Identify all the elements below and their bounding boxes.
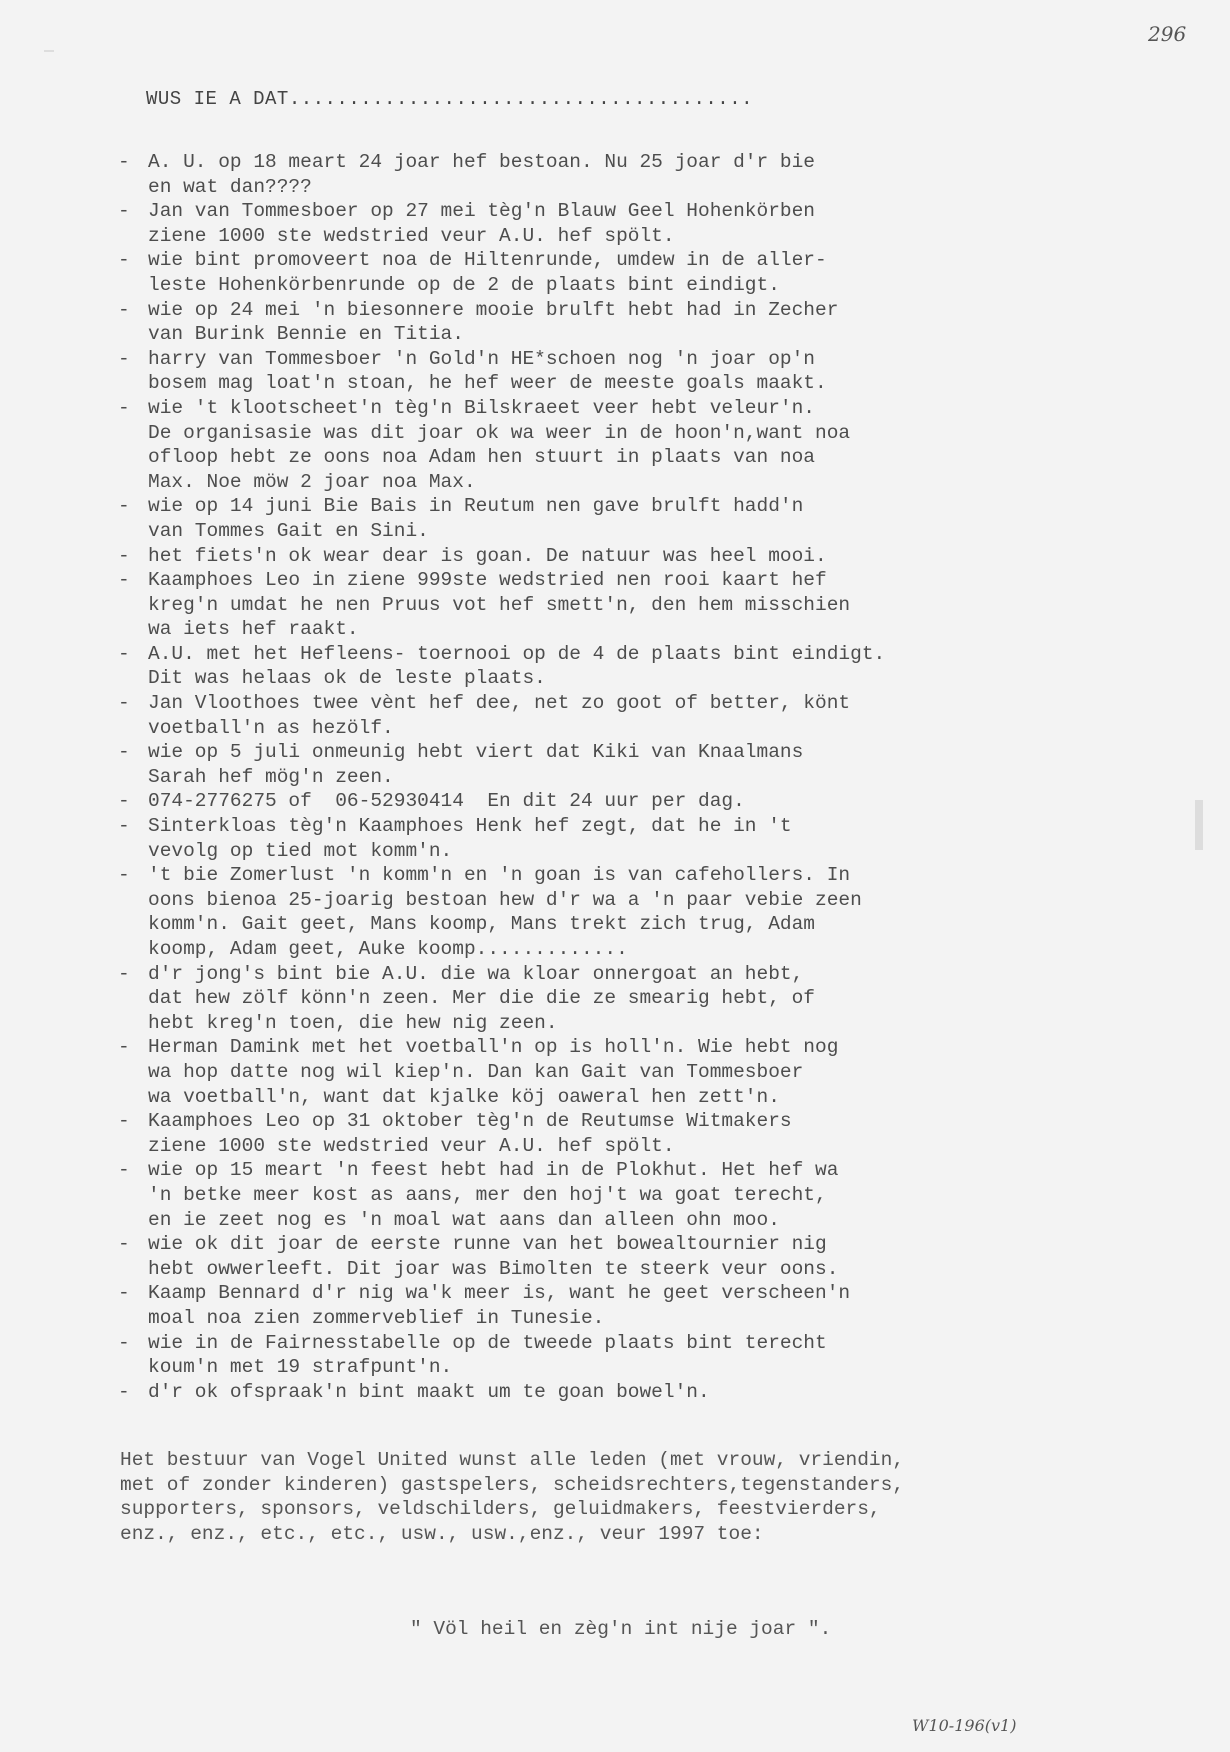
new-year-wish: " Völ heil en zèg'n int nije joar ".: [410, 1618, 831, 1640]
list-item: wie 't klootscheet'n tèg'n Bilskraeet ve…: [118, 396, 1128, 494]
list-item: Jan Vloothoes twee vènt hef dee, net zo …: [118, 691, 1128, 740]
document-title: WUS IE A DAT............................…: [146, 88, 753, 110]
list-item: wie op 24 mei 'n biesonnere mooie brulft…: [118, 298, 1128, 347]
list-item: A. U. op 18 meart 24 joar hef bestoan. N…: [118, 150, 1128, 199]
list-item: wie op 14 juni Bie Bais in Reutum nen ga…: [118, 494, 1128, 543]
list-item: Herman Damink met het voetball'n op is h…: [118, 1035, 1128, 1109]
item-list: A. U. op 18 meart 24 joar hef bestoan. N…: [118, 150, 1128, 1404]
list-item: Jan van Tommesboer op 27 mei tèg'n Blauw…: [118, 199, 1128, 248]
list-item: d'r jong's bint bie A.U. die wa kloar on…: [118, 962, 1128, 1036]
closing-paragraph: Het bestuur van Vogel United wunst alle …: [120, 1448, 1150, 1546]
list-item: wie op 15 meart 'n feest hebt had in de …: [118, 1158, 1128, 1232]
archive-code: W10-196(v1): [912, 1716, 1016, 1735]
list-item: wie bint promoveert noa de Hiltenrunde, …: [118, 248, 1128, 297]
scan-artifact: [1195, 800, 1203, 850]
list-item: het fiets'n ok wear dear is goan. De nat…: [118, 544, 1128, 569]
list-item: wie in de Fairnesstabelle op de tweede p…: [118, 1331, 1128, 1380]
scan-artifact: [44, 50, 54, 52]
list-item: harry van Tommesboer 'n Gold'n HE*schoen…: [118, 347, 1128, 396]
list-item: Kaamp Bennard d'r nig wa'k meer is, want…: [118, 1281, 1128, 1330]
page-number: 296: [1148, 22, 1186, 46]
list-item: A.U. met het Hefleens- toernooi op de 4 …: [118, 642, 1128, 691]
list-item: Kaamphoes Leo op 31 oktober tèg'n de Reu…: [118, 1109, 1128, 1158]
list-item: wie op 5 juli onmeunig hebt viert dat Ki…: [118, 740, 1128, 789]
list-item: 074-2776275 of 06-52930414 En dit 24 uur…: [118, 789, 1128, 814]
list-item: 't bie Zomerlust 'n komm'n en 'n goan is…: [118, 863, 1128, 961]
list-item: Sinterkloas tèg'n Kaamphoes Henk hef zeg…: [118, 814, 1128, 863]
list-item: wie ok dit joar de eerste runne van het …: [118, 1232, 1128, 1281]
list-item: d'r ok ofspraak'n bint maakt um te goan …: [118, 1380, 1128, 1405]
list-item: Kaamphoes Leo in ziene 999ste wedstried …: [118, 568, 1128, 642]
